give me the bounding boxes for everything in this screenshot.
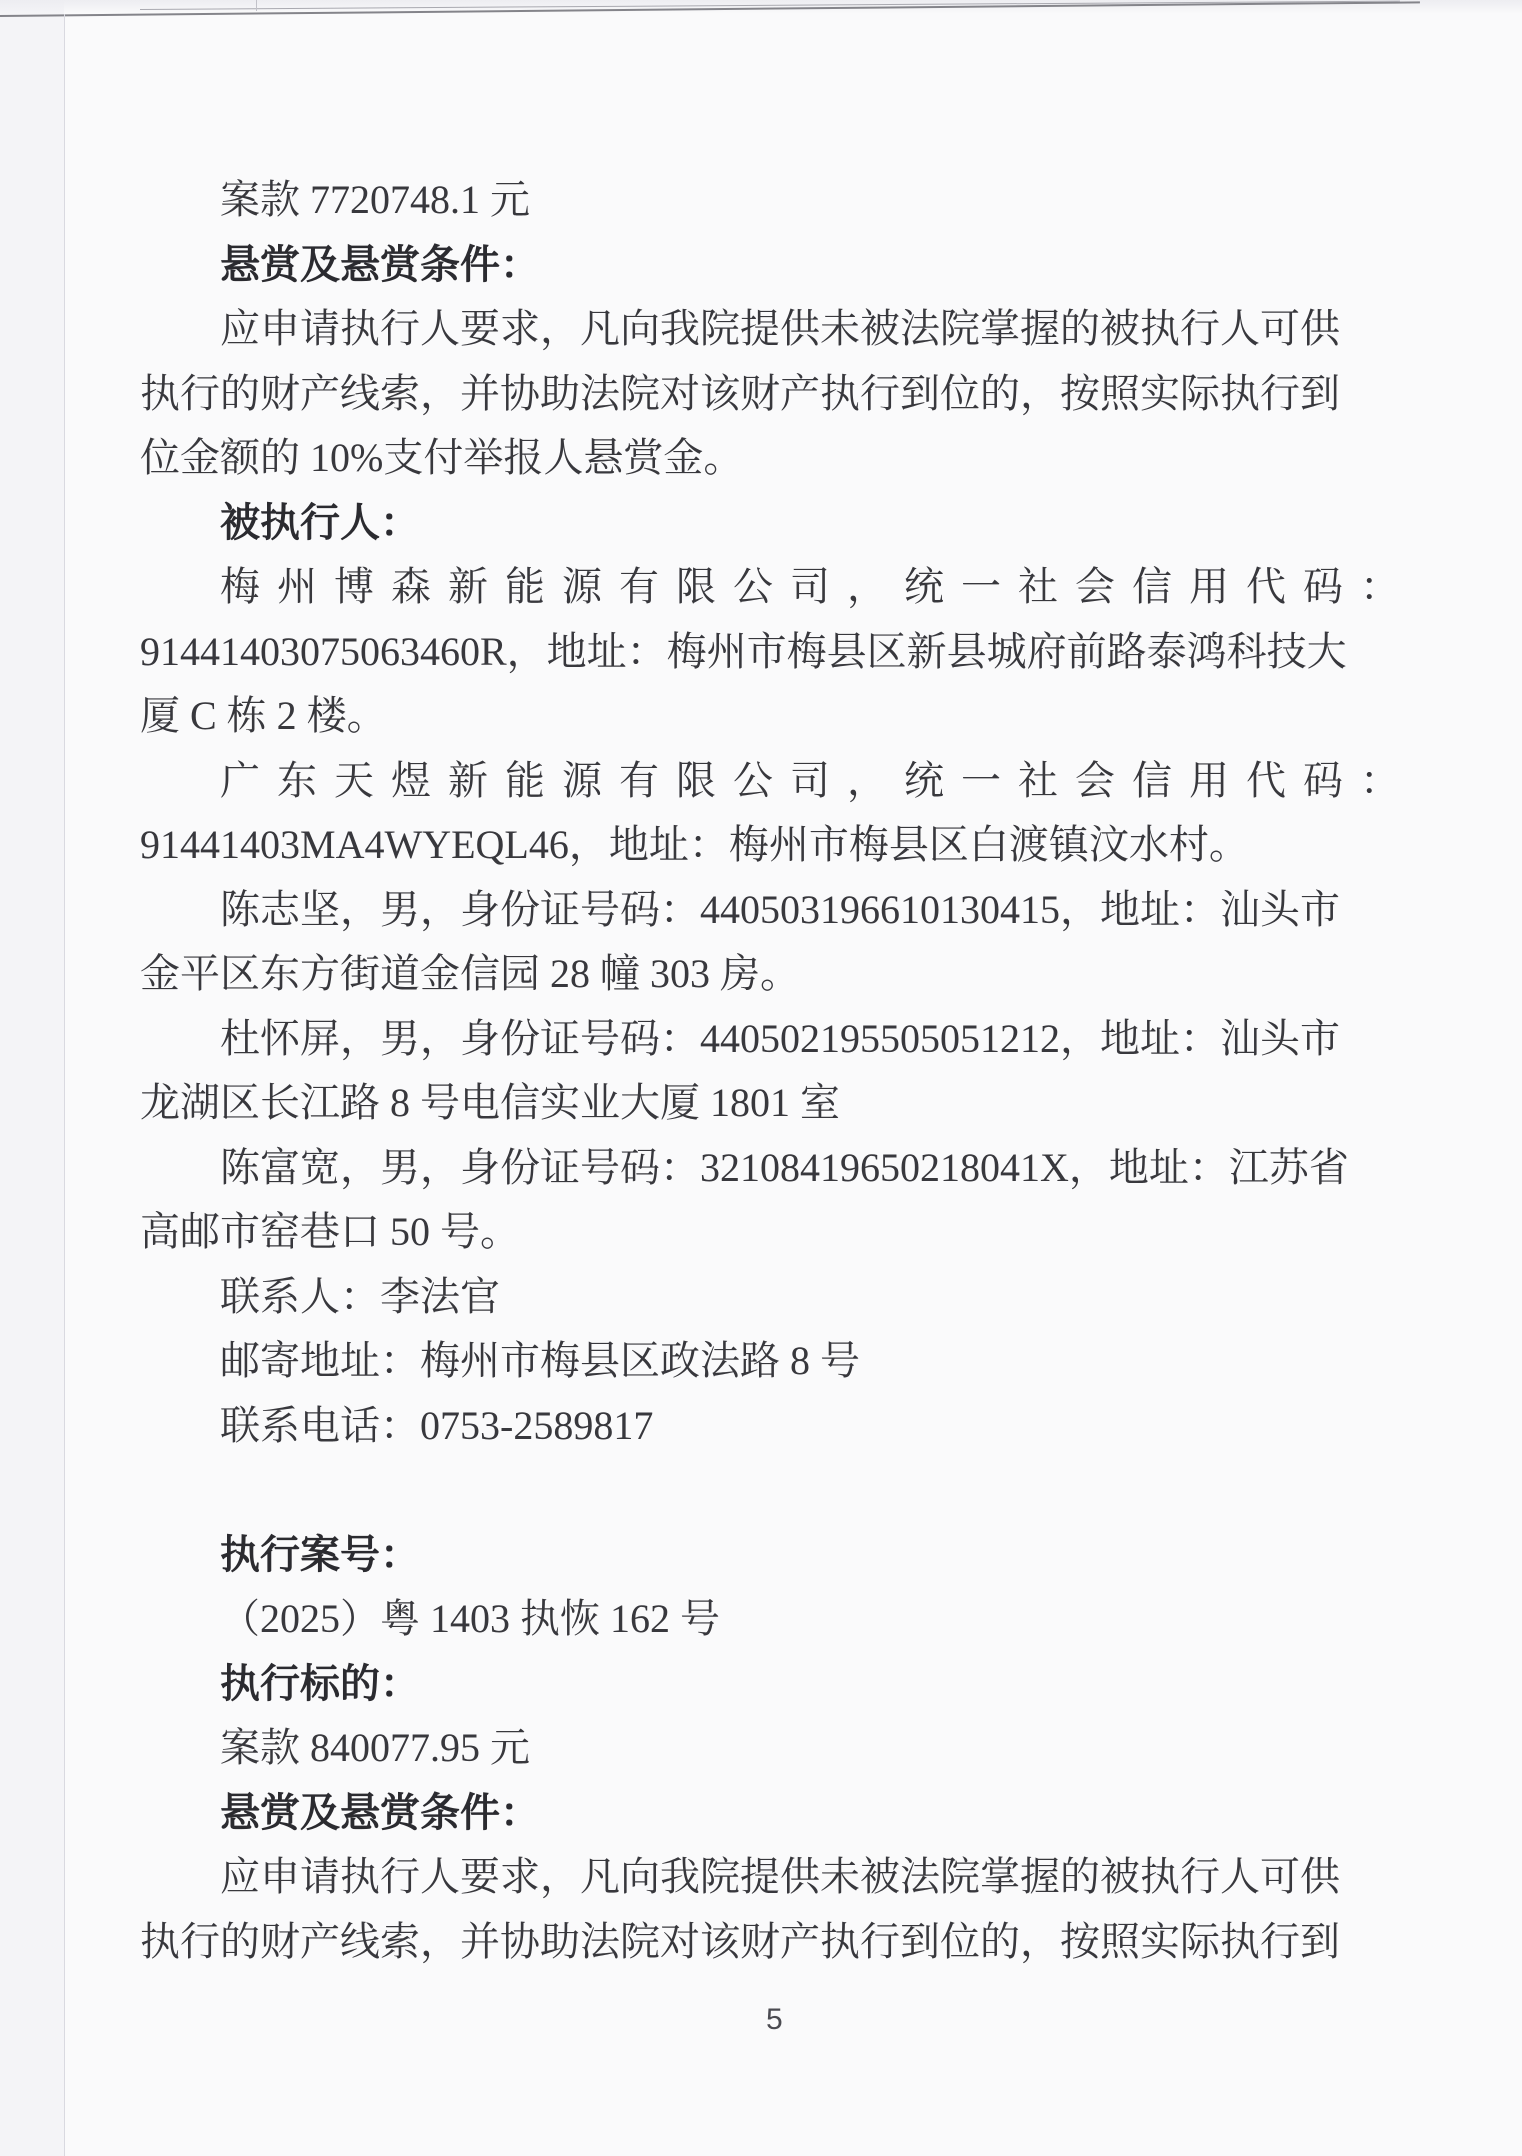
debtor3-id-line: 陈志坚，男，身份证号码：440503196610130415，地址：汕头市	[140, 878, 1390, 943]
document-body: 案款 7720748.1 元 悬赏及悬赏条件： 应申请执行人要求，凡向我院提供未…	[140, 168, 1390, 1974]
debtor4-address-line: 龙湖区长江路 8 号电信实业大厦 1801 室	[140, 1071, 1390, 1136]
scan-left-edge-line	[64, 14, 65, 2156]
case1-amount-line: 案款 7720748.1 元	[140, 168, 1390, 233]
debtor4-id-line: 杜怀屏，男，身份证号码：440502195505051212，地址：汕头市	[140, 1007, 1390, 1072]
case1-reward-text-2: 执行的财产线索，并协助法院对该财产执行到位的，按照实际执行到	[140, 362, 1390, 427]
case1-reward-text-1: 应申请执行人要求，凡向我院提供未被法院掌握的被执行人可供	[140, 297, 1390, 362]
case1-reward-heading: 悬赏及悬赏条件：	[140, 233, 1390, 298]
case2-reward-heading: 悬赏及悬赏条件：	[140, 1781, 1390, 1846]
debtor1-name-line: 梅州博森新能源有限公司，统一社会信用代码：	[140, 555, 1390, 620]
scan-page-edge-band	[0, 0, 64, 2156]
debtors-heading: 被执行人：	[140, 491, 1390, 556]
case2-reward-text-1: 应申请执行人要求，凡向我院提供未被法院掌握的被执行人可供	[140, 1845, 1390, 1910]
mailing-address-line: 邮寄地址：梅州市梅县区政法路 8 号	[140, 1329, 1390, 1394]
case1-reward-text-3: 位金额的 10%支付举报人悬赏金。	[140, 426, 1390, 491]
debtor5-id-line: 陈富宽，男，身份证号码：32108419650218041X，地址：江苏省	[140, 1136, 1390, 1201]
case2-target-heading: 执行标的：	[140, 1652, 1390, 1717]
case2-reward-text-2: 执行的财产线索，并协助法院对该财产执行到位的，按照实际执行到	[140, 1910, 1390, 1975]
case2-number-heading: 执行案号：	[140, 1523, 1390, 1588]
case2-number-line: （2025）粤 1403 执恢 162 号	[140, 1587, 1390, 1652]
debtor3-address-line: 金平区东方街道金信园 28 幢 303 房。	[140, 942, 1390, 1007]
contact-phone-line: 联系电话：0753-2589817	[140, 1394, 1390, 1459]
debtor2-name-line: 广东天煜新能源有限公司，统一社会信用代码：	[140, 749, 1390, 814]
debtor1-address-line: 厦 C 栋 2 楼。	[140, 684, 1390, 749]
case2-target-amount-line: 案款 840077.95 元	[140, 1716, 1390, 1781]
blank-line	[140, 1458, 1390, 1523]
page-number: 5	[766, 2003, 783, 2037]
debtor2-credit-code-line: 91441403MA4WYEQL46，地址：梅州市梅县区白渡镇汶水村。	[140, 813, 1390, 878]
contact-person-line: 联系人：李法官	[140, 1265, 1390, 1330]
debtor1-credit-code-line: 91441403075063460R，地址：梅州市梅县区新县城府前路泰鸿科技大	[140, 620, 1390, 685]
scan-top-edge-tick	[256, 0, 257, 11]
debtor5-address-line: 高邮市窑巷口 50 号。	[140, 1200, 1390, 1265]
